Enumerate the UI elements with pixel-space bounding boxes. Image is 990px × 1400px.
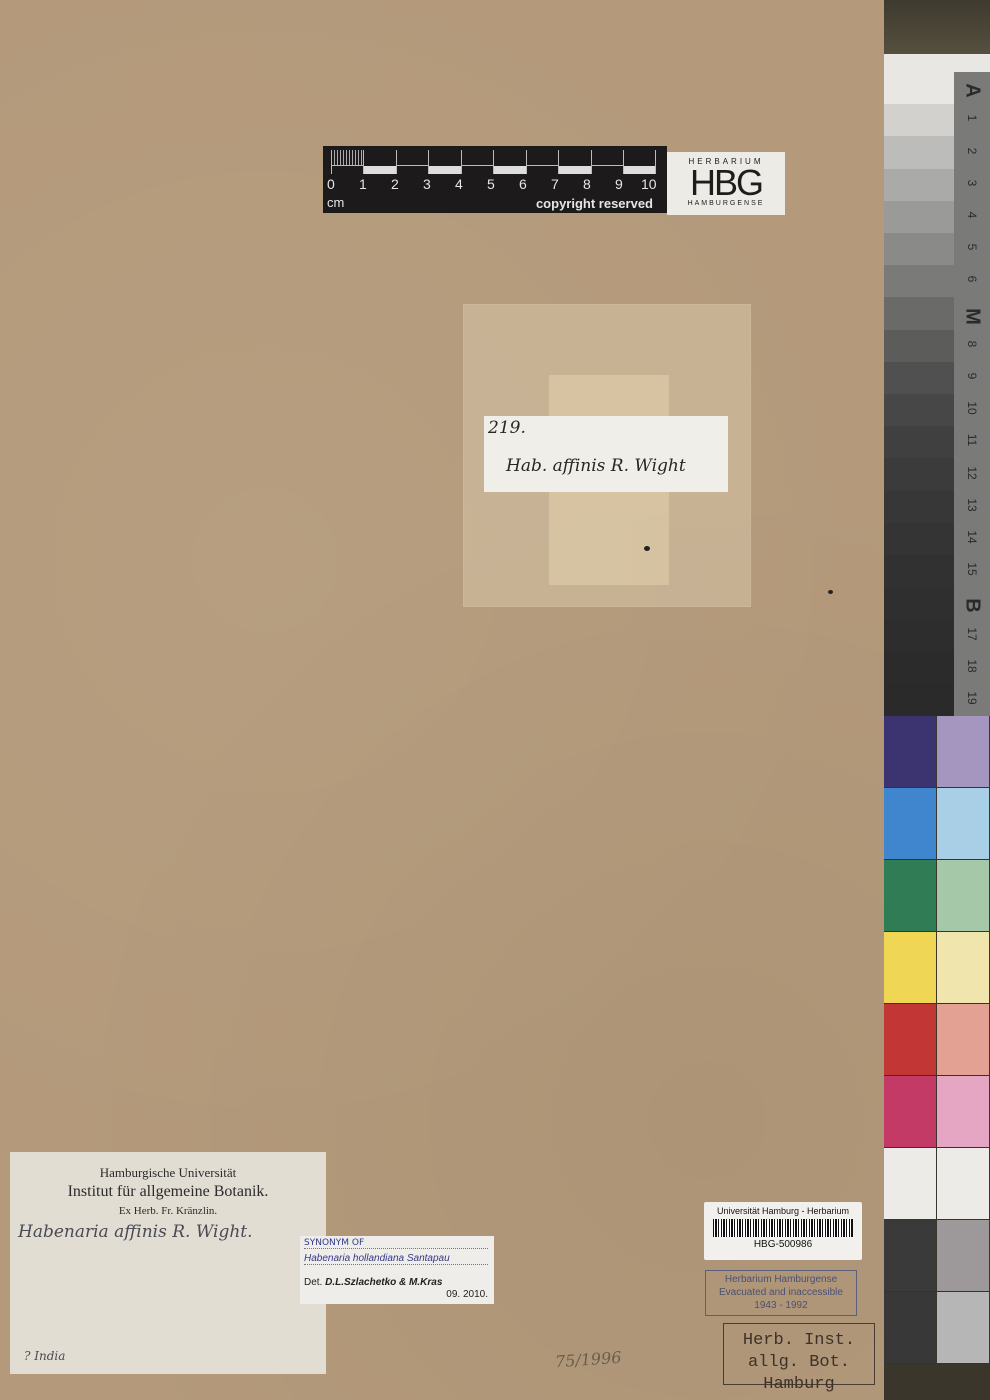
- gray-patch-label: 13: [965, 489, 979, 521]
- gray-patch-label: 6: [965, 263, 979, 295]
- gray-patch-label: 4: [965, 199, 979, 231]
- gray-patch: [884, 394, 954, 426]
- gray-patch: [884, 426, 954, 458]
- envelope-species-name: Hab. affinis R. Wight: [506, 456, 686, 476]
- det-prefix: Det.: [304, 1277, 322, 1288]
- color-patch: [937, 860, 989, 932]
- gray-patch: [884, 72, 954, 104]
- color-patch: [937, 932, 989, 1004]
- specimen-fragment: [644, 546, 650, 551]
- gray-patch-label: 1: [965, 102, 979, 134]
- barcode-title: Universität Hamburg - Herbarium: [704, 1206, 862, 1216]
- scale-number: 3: [423, 176, 431, 192]
- scale-number: 1: [359, 176, 367, 192]
- color-patch: [937, 788, 989, 860]
- hbg-logo: HERBARIUM HBG HAMBURGENSE: [667, 152, 785, 215]
- color-patch: [884, 932, 936, 1004]
- scale-numbers: 0 1 2 3 4 5 6 7 8 9 10: [323, 176, 667, 194]
- gray-patch: [884, 362, 954, 394]
- envelope-label: 219. Hab. affinis R. Wight: [484, 416, 728, 492]
- handwritten-species-name: Habenaria affinis R. Wight.: [18, 1222, 253, 1242]
- color-patch: [937, 1220, 989, 1292]
- gray-patch: [884, 458, 954, 490]
- gray-patch: [884, 233, 954, 265]
- gray-patch: [884, 201, 954, 233]
- scale-number: 4: [455, 176, 463, 192]
- scale-number: 6: [519, 176, 527, 192]
- color-patch: [884, 1148, 936, 1220]
- locality: ? India: [24, 1349, 65, 1363]
- gray-patch-label: 17: [965, 618, 979, 650]
- scale-number: 9: [615, 176, 623, 192]
- gray-patch: [884, 652, 954, 684]
- grayscale-chart: A123456M89101112131415B171819: [884, 72, 990, 716]
- collection-number: 219.: [488, 418, 526, 438]
- determination-date: 09. 2010.: [446, 1289, 488, 1300]
- color-patch: [937, 1292, 989, 1364]
- gray-patch: [884, 491, 954, 523]
- stamp-line: Herbarium Hamburgense: [706, 1273, 856, 1286]
- gray-patch-label: 19: [965, 682, 979, 714]
- gray-patch-label: 14: [965, 521, 979, 553]
- color-patch: [884, 1076, 936, 1148]
- gray-patch: [884, 555, 954, 587]
- gray-patch: [884, 330, 954, 362]
- synonym-heading: SYNONYM OF: [304, 1238, 488, 1249]
- scale-number: 2: [391, 176, 399, 192]
- gray-patch: [884, 297, 954, 329]
- gray-patch: [884, 587, 954, 619]
- copyright-text: copyright reserved: [536, 196, 653, 211]
- gray-patch-label: 11: [965, 424, 979, 456]
- gray-patch-label: 5: [965, 231, 979, 263]
- barcode-label: Universität Hamburg - Herbarium HBG-5009…: [704, 1202, 862, 1260]
- stamp-line: Herb. Inst. allg. Bot.: [724, 1330, 874, 1374]
- color-chart-border: [884, 54, 990, 72]
- scale-number: 7: [551, 176, 559, 192]
- logo-bottom-text: HAMBURGENSE: [667, 200, 785, 207]
- barcode-number: HBG-500986: [704, 1239, 862, 1250]
- scale-unit: cm: [327, 195, 344, 210]
- stamp-line: Hamburg: [724, 1374, 874, 1396]
- scale-number: 5: [487, 176, 495, 192]
- stamp-line: 1943 - 1992: [706, 1299, 856, 1312]
- envelope-flap: [464, 305, 750, 366]
- scale-bar: 0 1 2 3 4 5 6 7 8 9 10 cm copyright rese…: [323, 146, 667, 213]
- gray-patch-label: 3: [965, 167, 979, 199]
- gray-patch: [884, 104, 954, 136]
- gray-patch: [884, 684, 954, 716]
- scale-number: 0: [327, 176, 335, 192]
- gray-patch-label: B: [961, 590, 984, 622]
- gray-patch-label: 2: [965, 135, 979, 167]
- determiners: D.L.Szlachetko & M.Kras: [325, 1277, 442, 1288]
- gray-patch-label: 9: [965, 360, 979, 392]
- gray-patch: [884, 169, 954, 201]
- scale-ticks: [331, 150, 657, 174]
- color-patch: [884, 860, 936, 932]
- color-patch: [884, 1004, 936, 1076]
- background-edge: [884, 0, 990, 54]
- color-patch: [884, 788, 936, 860]
- determiner-line: Det. D.L.Szlachetko & M.Kras: [304, 1277, 442, 1288]
- color-patch: [884, 716, 936, 788]
- gray-patch-label: 18: [965, 650, 979, 682]
- color-patch: [937, 1076, 989, 1148]
- color-patch: [937, 1004, 989, 1076]
- color-patch: [884, 1292, 936, 1364]
- logo-mark: HBG: [667, 166, 785, 200]
- institute-name: Institut für allgemeine Botanik.: [10, 1183, 326, 1201]
- barcode-icon: [713, 1219, 853, 1237]
- gray-patch-label: 10: [965, 392, 979, 424]
- scale-number: 10: [641, 176, 657, 192]
- color-patch: [937, 1148, 989, 1220]
- stamp-line: Evacuated and inaccessible: [706, 1286, 856, 1299]
- gray-patch: [884, 265, 954, 297]
- determination-label: SYNONYM OF Habenaria hollandiana Santapa…: [300, 1236, 494, 1304]
- university-name: Hamburgische Universität: [10, 1165, 326, 1181]
- color-patch: [884, 1220, 936, 1292]
- gray-patch-label: 15: [965, 553, 979, 585]
- gray-patch: [884, 136, 954, 168]
- evacuated-stamp: Herbarium Hamburgense Evacuated and inac…: [705, 1270, 857, 1316]
- gray-patch: [884, 523, 954, 555]
- specimen-fragment: [828, 590, 833, 594]
- gray-patch-label: 8: [965, 328, 979, 360]
- institute-stamp: Herb. Inst. allg. Bot. Hamburg: [723, 1323, 875, 1385]
- institution-label: Hamburgische Universität Institut für al…: [10, 1152, 326, 1374]
- gray-patch: [884, 619, 954, 651]
- accepted-species: Habenaria hollandiana Santapau: [304, 1253, 488, 1265]
- gray-patch-label: 12: [965, 457, 979, 489]
- color-patch: [937, 716, 989, 788]
- herbarium-source: Ex Herb. Fr. Kränzlin.: [10, 1205, 326, 1217]
- scale-number: 8: [583, 176, 591, 192]
